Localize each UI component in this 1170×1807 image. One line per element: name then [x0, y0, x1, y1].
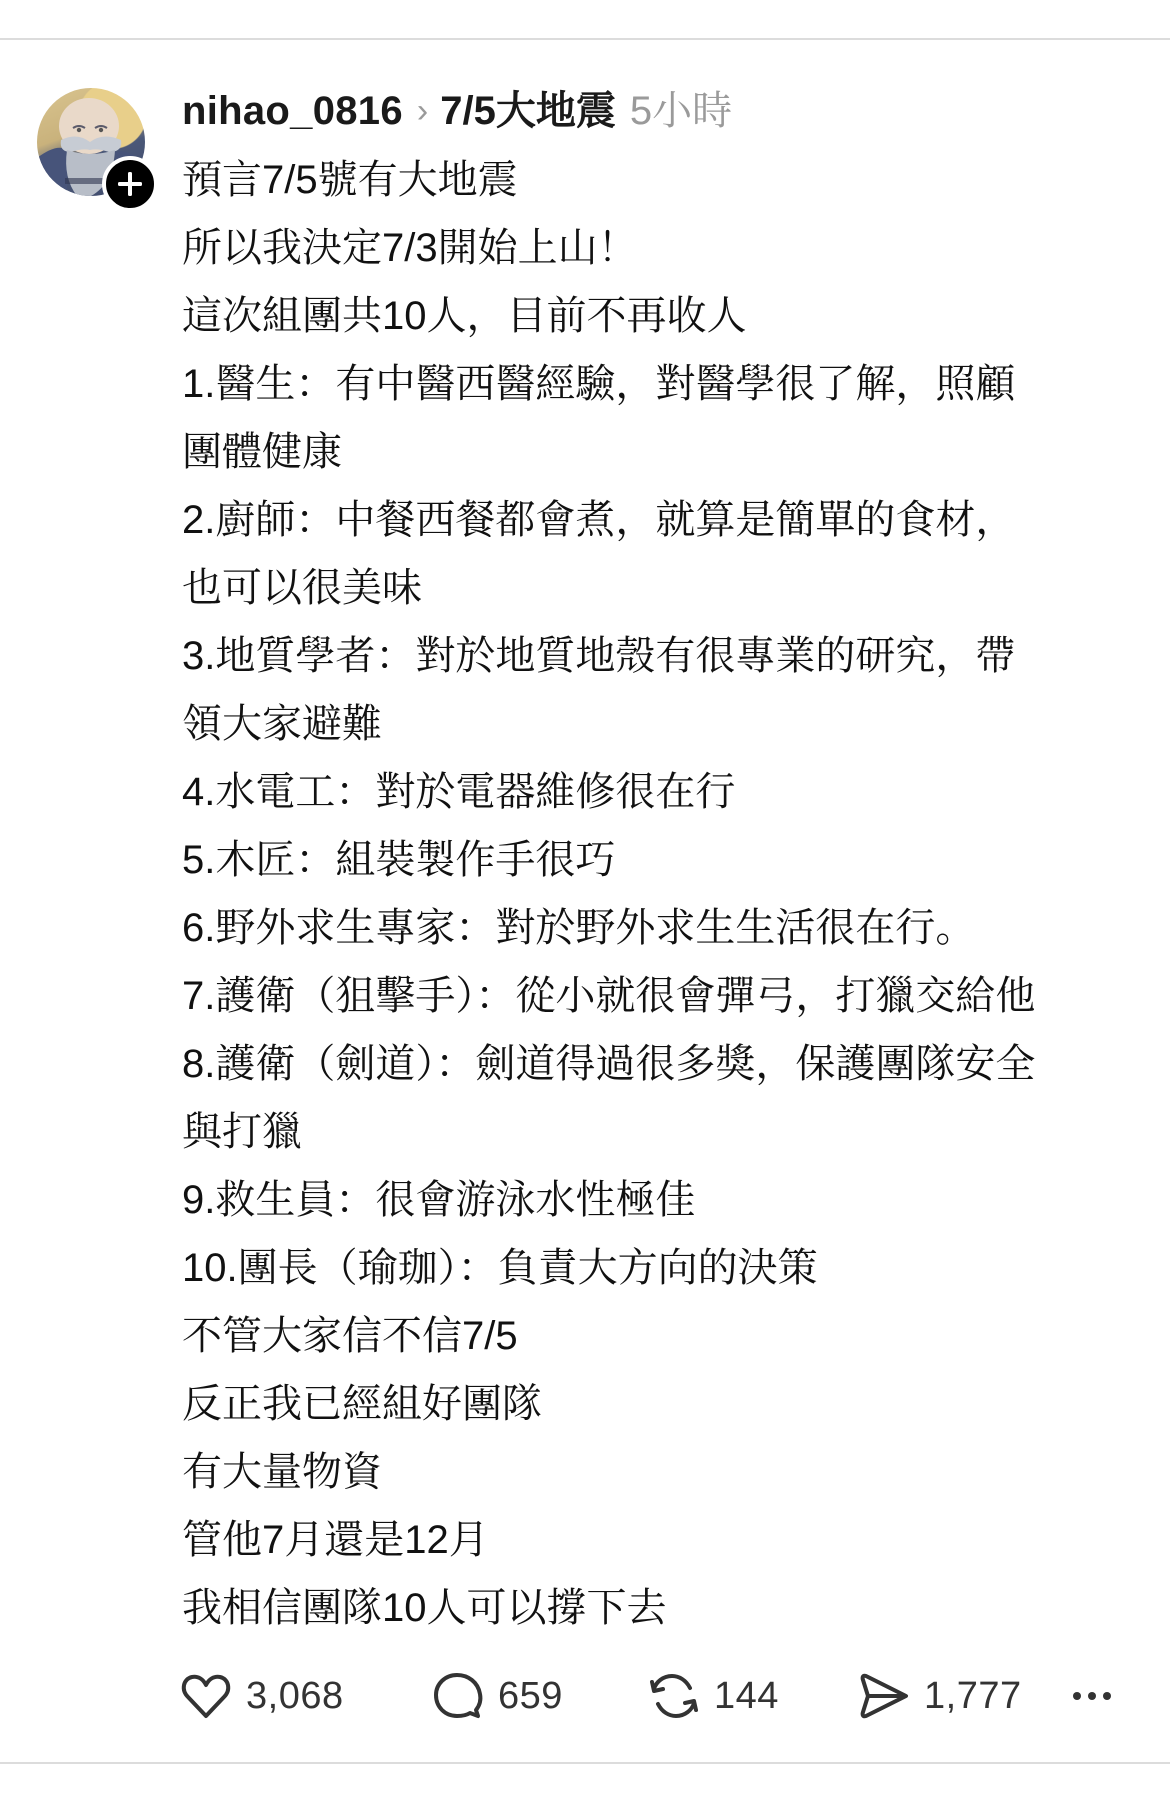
- comment-button[interactable]: 659: [432, 1668, 563, 1724]
- post-body-line: 2.廚師：中餐西餐都會煮，就算是簡單的食材，: [182, 486, 1142, 554]
- post-body-line: 6.野外求生專家：對於野外求生生活很在行。: [182, 894, 1142, 962]
- like-count: 3,068: [246, 1675, 344, 1718]
- post-body-line: 5.木匠：組裝製作手很巧: [182, 826, 1142, 894]
- post-body-line: 不管大家信不信7/5: [182, 1302, 1142, 1370]
- repost-button[interactable]: 144: [648, 1668, 779, 1724]
- send-icon: [858, 1670, 910, 1722]
- follow-button[interactable]: [102, 156, 158, 212]
- post-body-line: 這次組團共10人，目前不再收人: [182, 282, 1142, 350]
- post-body-line: 與打獵: [182, 1098, 1142, 1166]
- repost-icon: [648, 1670, 700, 1722]
- post-header: nihao_0816 › 7/5大地震 5小時: [182, 84, 732, 138]
- post-body-line: 9.救生員：很會游泳水性極佳: [182, 1166, 1142, 1234]
- heart-icon: [180, 1671, 232, 1721]
- post-body-line: 反正我已經組好團隊: [182, 1370, 1142, 1438]
- post-body-line: 10.團長（瑜珈）：負責大方向的決策: [182, 1234, 1142, 1302]
- post-body-line: 1.醫生：有中醫西醫經驗，對醫學很了解，照顧: [182, 350, 1142, 418]
- post-body-line: 有大量物資: [182, 1438, 1142, 1506]
- post-body-line: 所以我決定7/3開始上山！: [182, 214, 1142, 282]
- post-body-line: 團體健康: [182, 418, 1142, 486]
- plus-icon: [117, 171, 143, 197]
- post-body-line: 4.水電工：對於電器維修很在行: [182, 758, 1142, 826]
- share-button[interactable]: 1,777: [858, 1668, 1022, 1724]
- post-body-line: 也可以很美味: [182, 554, 1142, 622]
- post-body-line: 管他7月還是12月: [182, 1506, 1142, 1574]
- bottom-divider: [0, 1762, 1170, 1764]
- more-dots-icon: [1073, 1692, 1111, 1700]
- repost-count: 144: [714, 1675, 779, 1718]
- username-link[interactable]: nihao_0816: [182, 84, 403, 138]
- topic-tag-link[interactable]: 7/5大地震: [440, 84, 616, 138]
- share-count: 1,777: [924, 1675, 1022, 1718]
- post-body-line: 3.地質學者：對於地質地殼有很專業的研究，帶: [182, 622, 1142, 690]
- post-body-line: 我相信團隊10人可以撐下去: [182, 1574, 1142, 1642]
- post-actions-bar: 3,068 659 144 1,777: [180, 1668, 1140, 1724]
- post-body: 預言7/5號有大地震 所以我決定7/3開始上山！ 這次組團共10人，目前不再收人…: [182, 146, 1142, 1642]
- post-body-line: 7.護衛（狙擊手）：從小就很會彈弓，打獵交給他: [182, 962, 1142, 1030]
- post-timestamp: 5小時: [630, 84, 732, 138]
- comment-count: 659: [498, 1675, 563, 1718]
- comment-bubble-icon: [432, 1670, 484, 1722]
- like-button[interactable]: 3,068: [180, 1668, 344, 1724]
- chevron-right-icon: ›: [417, 84, 428, 138]
- post-body-line: 預言7/5號有大地震: [182, 146, 1142, 214]
- post-body-line: 8.護衛（劍道）：劍道得過很多獎，保護團隊安全: [182, 1030, 1142, 1098]
- top-divider: [0, 38, 1170, 40]
- post-body-line: 領大家避難: [182, 690, 1142, 758]
- more-options-button[interactable]: [1073, 1668, 1111, 1724]
